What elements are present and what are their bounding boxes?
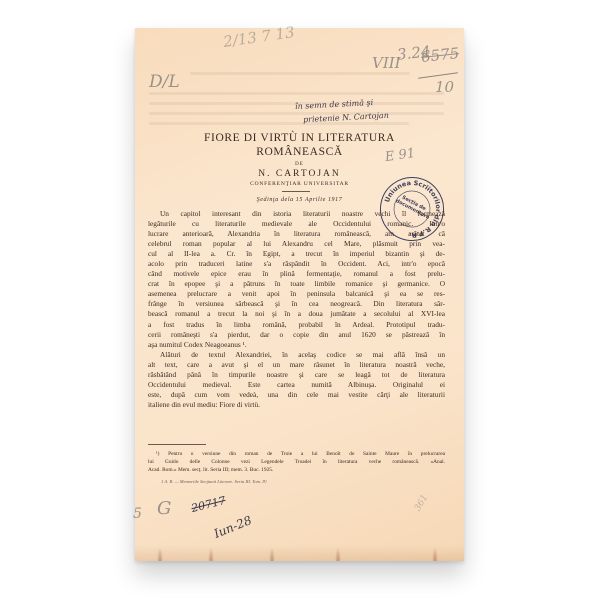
stain bbox=[269, 547, 275, 561]
title-line-1: FIORE DI VIRTÙ IN LITERATURA bbox=[135, 132, 464, 144]
text-line: când motivele epice erau în plină fermen… bbox=[148, 269, 445, 279]
text-line: este, după cum vom vedeà, una din cele m… bbox=[148, 390, 445, 400]
pencil-number-top: 2/13 7 13 bbox=[222, 23, 296, 51]
document-page: 2/13 7 13 VIII 3.24 6575 10 D/L în semn … bbox=[135, 28, 464, 561]
title-line-2: ROMÂNEASCĂ bbox=[135, 146, 464, 158]
article-body: Un capitol interesant din istoria litera… bbox=[148, 209, 445, 410]
text-line: bească romanul a trecut la noi şi în a d… bbox=[148, 309, 445, 319]
text-line: crat în epopee şi a pătruns în toate lim… bbox=[148, 279, 445, 289]
text-line: lui Guido delle Colonne vezi Legendele T… bbox=[148, 458, 445, 466]
text-line: celebrul roman popular al lui Alexandru … bbox=[148, 239, 445, 249]
text-line: răsbătând până în timpurile noastre şi c… bbox=[148, 370, 445, 380]
bottom-mark-edge: 5 bbox=[133, 506, 142, 522]
text-line: ¹) Pentru o versiune din roman de Troie … bbox=[148, 450, 445, 458]
text-line: acolo prin traduceri latine s'a răspândi… bbox=[148, 259, 445, 269]
footnote-rule bbox=[148, 444, 206, 445]
bottom-mark-date: Iun-28 bbox=[212, 513, 254, 541]
text-line: Alături de textul Alexandriei, în acelaş… bbox=[148, 350, 445, 360]
text-line: frânge în versiunea sârbească şi în cea … bbox=[148, 299, 445, 309]
text-line: cul al II-lea a. Cr. în Egipt, a trecut … bbox=[148, 249, 445, 259]
bottom-mark-crossed: 20717 bbox=[190, 494, 227, 515]
title-rule bbox=[282, 191, 310, 192]
stain bbox=[335, 547, 341, 561]
by-label: DE bbox=[135, 162, 464, 167]
stain bbox=[157, 547, 163, 561]
bottom-right-mark: 361 bbox=[413, 493, 430, 513]
text-line: alt text, care a avut şi el un mare răsu… bbox=[148, 360, 445, 370]
stain bbox=[432, 547, 438, 561]
left-mark: D/L bbox=[149, 72, 180, 92]
text-line: lucrare anterioară, Alexandria în litera… bbox=[148, 229, 445, 239]
bottom-mark-1: G bbox=[157, 498, 171, 519]
text-line: Un capitol interesant din istoria litera… bbox=[148, 209, 445, 219]
text-line: aşa numitul Codex Neagoeanus ¹. bbox=[148, 340, 445, 350]
dedication-line-1: în semn de stimă şi bbox=[295, 98, 374, 111]
stain bbox=[208, 547, 214, 561]
reference-denominator: 10 bbox=[435, 78, 454, 96]
text-line: legăturile cu literaturile medievale ale… bbox=[148, 219, 445, 229]
author-name: N. CARTOJAN bbox=[135, 169, 464, 179]
text-line: asemenea prelucrare a venit apoi în peni… bbox=[148, 289, 445, 299]
session-date: Şedinţa dela 15 Aprilie 1917 bbox=[135, 197, 464, 203]
signature-line: 1 A. R. — Memoriile Secţiunii Literare. … bbox=[161, 479, 267, 484]
text-line: italiene din evul mediu: Fiore di virtù. bbox=[148, 400, 445, 410]
text-line: Acad. Rom.» Mem. secţ. lit. Seria III; m… bbox=[148, 466, 445, 474]
author-rank: CONFERENŢIAR UNIVERSITAR bbox=[135, 181, 464, 187]
text-line: Occidentului medieval. Este cartea numit… bbox=[148, 380, 445, 390]
text-line: cerii româneşti s'a pierdut, dar o copie… bbox=[148, 330, 445, 340]
paragraph-2: Alături de textul Alexandriei, în acelaş… bbox=[148, 350, 445, 410]
footnote: ¹) Pentru o versiune din roman de Troie … bbox=[148, 450, 445, 475]
paragraph-1: Un capitol interesant din istoria litera… bbox=[148, 209, 445, 350]
reference-number-crossed: 6575 bbox=[420, 44, 460, 66]
text-line: a fost tradus în limba română, probabil … bbox=[148, 320, 445, 330]
